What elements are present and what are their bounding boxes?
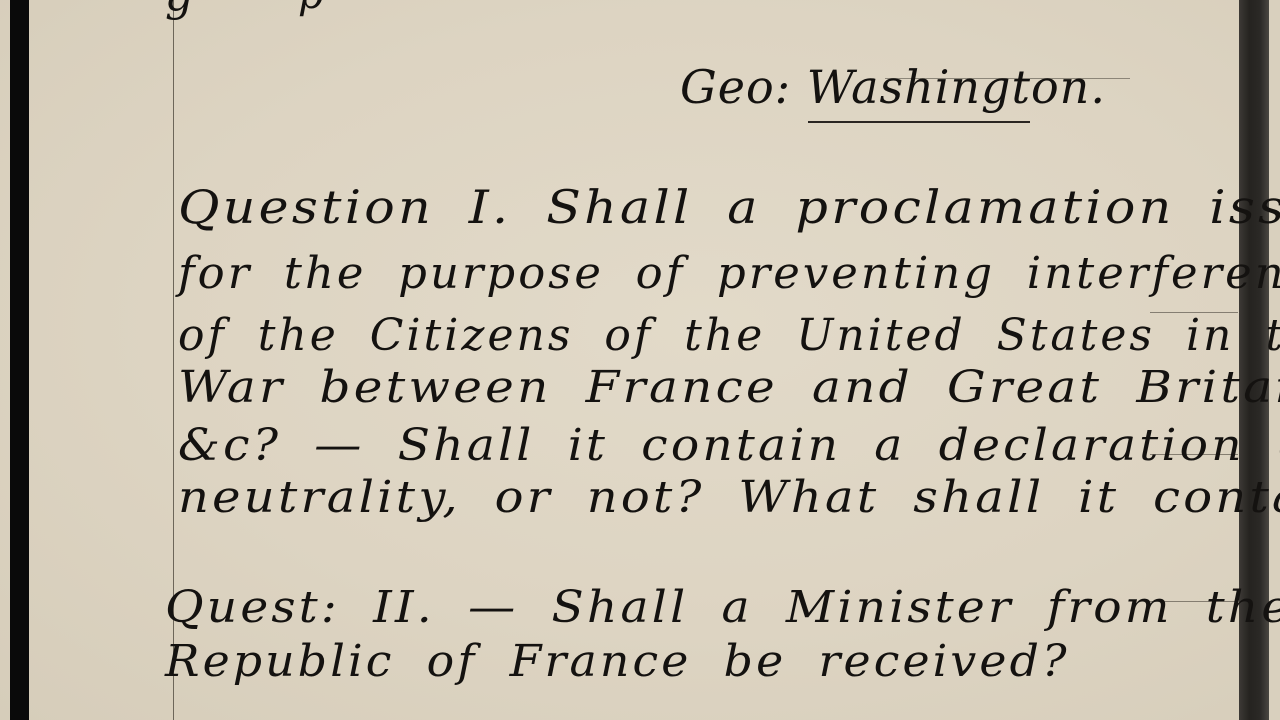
left-edge-bar [10, 0, 29, 720]
question-1-line-3: of the Citizens of the United States in … [178, 310, 1280, 361]
question-2-line-2: Republic of France be received? [165, 636, 1070, 687]
question-1-line-5: &c? — Shall it contain a declaration of [178, 420, 1280, 471]
signature-underline [808, 121, 1030, 123]
manuscript-page: g p Geo: Washington. Question I. Shall a… [0, 0, 1280, 720]
top-text-fragment: p [298, 0, 324, 18]
question-1-line-1: Question I. Shall a proclamation issue [178, 180, 1280, 234]
question-1-line-2: for the purpose of preventing interferen… [178, 248, 1280, 299]
signature: Geo: Washington. [680, 60, 1106, 114]
question-2-line-1: Quest: II. — Shall a Minister from the [165, 582, 1280, 633]
top-text-fragment: g [165, 0, 193, 21]
question-1-line-4: War between France and Great Britain [178, 362, 1280, 413]
question-1-line-6: neutrality, or not? What shall it contai… [178, 472, 1280, 523]
